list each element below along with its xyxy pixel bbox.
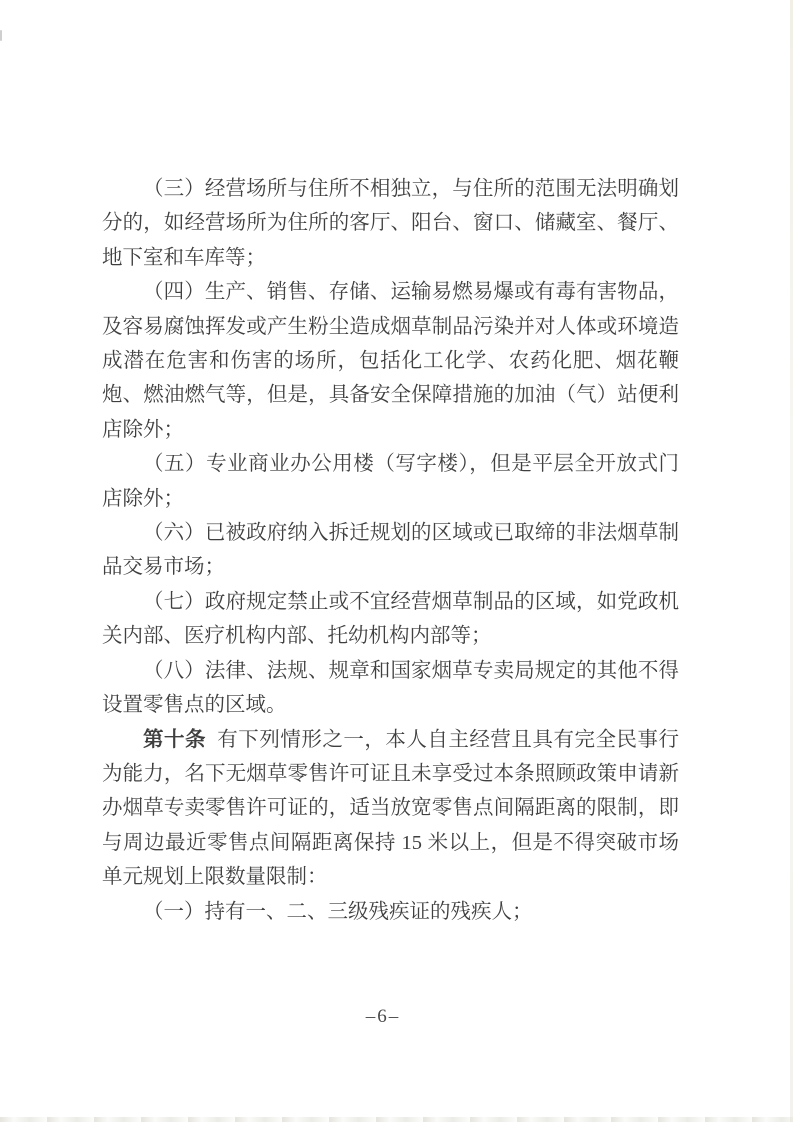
document-page: （三）经营场所与住所不相独立，与住所的范围无法明确划分的，如经营场所为住所的客厅…: [0, 0, 793, 1122]
paragraph-clause-6: （六）已被政府纳入拆迁规划的区域或已取缔的非法烟草制品交易市场；: [102, 516, 679, 585]
paragraph-clause-3: （三）经营场所与住所不相独立，与住所的范围无法明确划分的，如经营场所为住所的客厅…: [102, 172, 679, 275]
paragraph-clause-5: （五）专业商业办公用楼（写字楼），但是平层全开放式门店除外；: [102, 447, 679, 516]
article-10-body-text: 有下列情形之一，本人自主经营且具有完全民事行为能力，名下无烟草零售许可证且未享受…: [102, 729, 679, 889]
article-10-paragraph: 第十条有下列情形之一，本人自主经营且具有完全民事行为能力，名下无烟草零售许可证且…: [102, 723, 679, 895]
article-number-label: 第十条: [143, 729, 206, 751]
paragraph-clause-4: （四）生产、销售、存储、运输易燃易爆或有毒有害物品，及容易腐蚀挥发或产生粉尘造成…: [102, 275, 679, 447]
paragraph-clause-7: （七）政府规定禁止或不宜经营烟草制品的区域，如党政机关内部、医疗机构内部、托幼机…: [102, 585, 679, 654]
scan-edge-bottom-artifact: [0, 1117, 793, 1122]
paragraph-clause-8: （八）法律、法规、规章和国家烟草专卖局规定的其他不得设置零售点的区域。: [102, 654, 679, 723]
text-column: （三）经营场所与住所不相独立，与住所的范围无法明确划分的，如经营场所为住所的客厅…: [102, 172, 679, 929]
page-number: –6–: [0, 1006, 766, 1028]
paragraph-item-1: （一）持有一、二、三级残疾证的残疾人；: [102, 895, 679, 929]
scan-speck-artifact: [0, 30, 2, 41]
